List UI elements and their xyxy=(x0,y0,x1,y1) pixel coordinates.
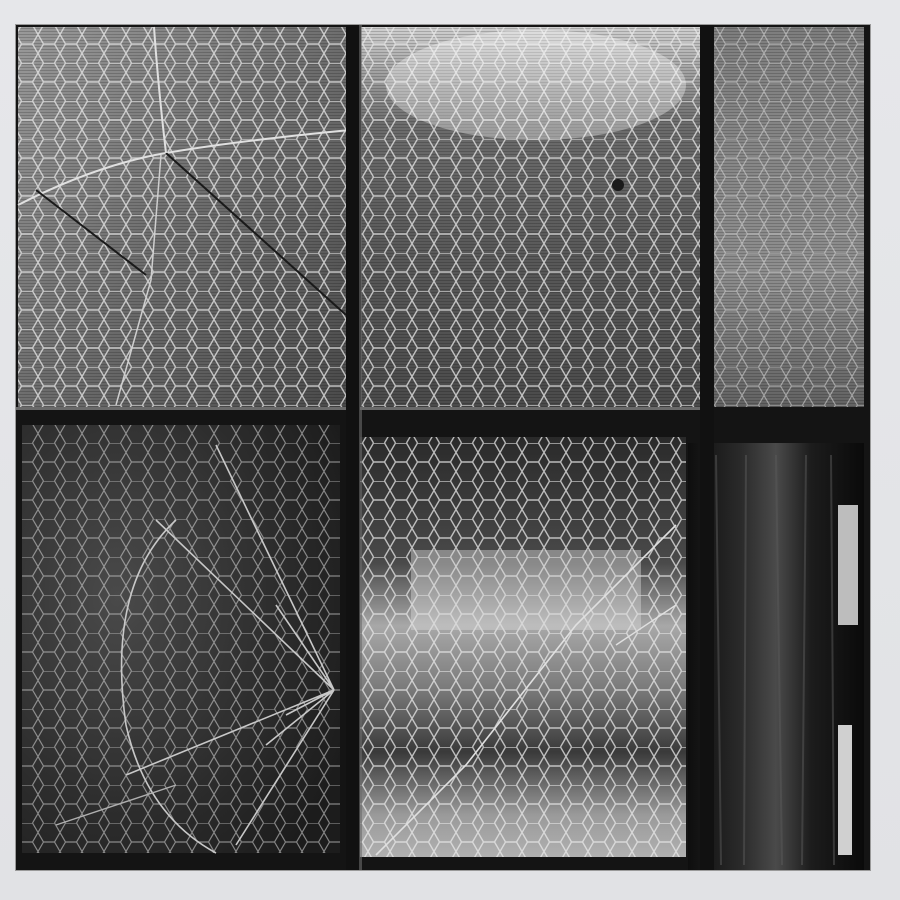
photograph xyxy=(16,25,870,870)
pane-top-left xyxy=(18,27,350,407)
wood-panel xyxy=(688,443,864,870)
window-panes-illustration xyxy=(16,25,870,870)
pane-top-right xyxy=(714,27,864,435)
pane-bottom-center xyxy=(354,437,686,857)
pane-top-center xyxy=(361,27,701,419)
pane-bottom-left xyxy=(22,425,340,853)
